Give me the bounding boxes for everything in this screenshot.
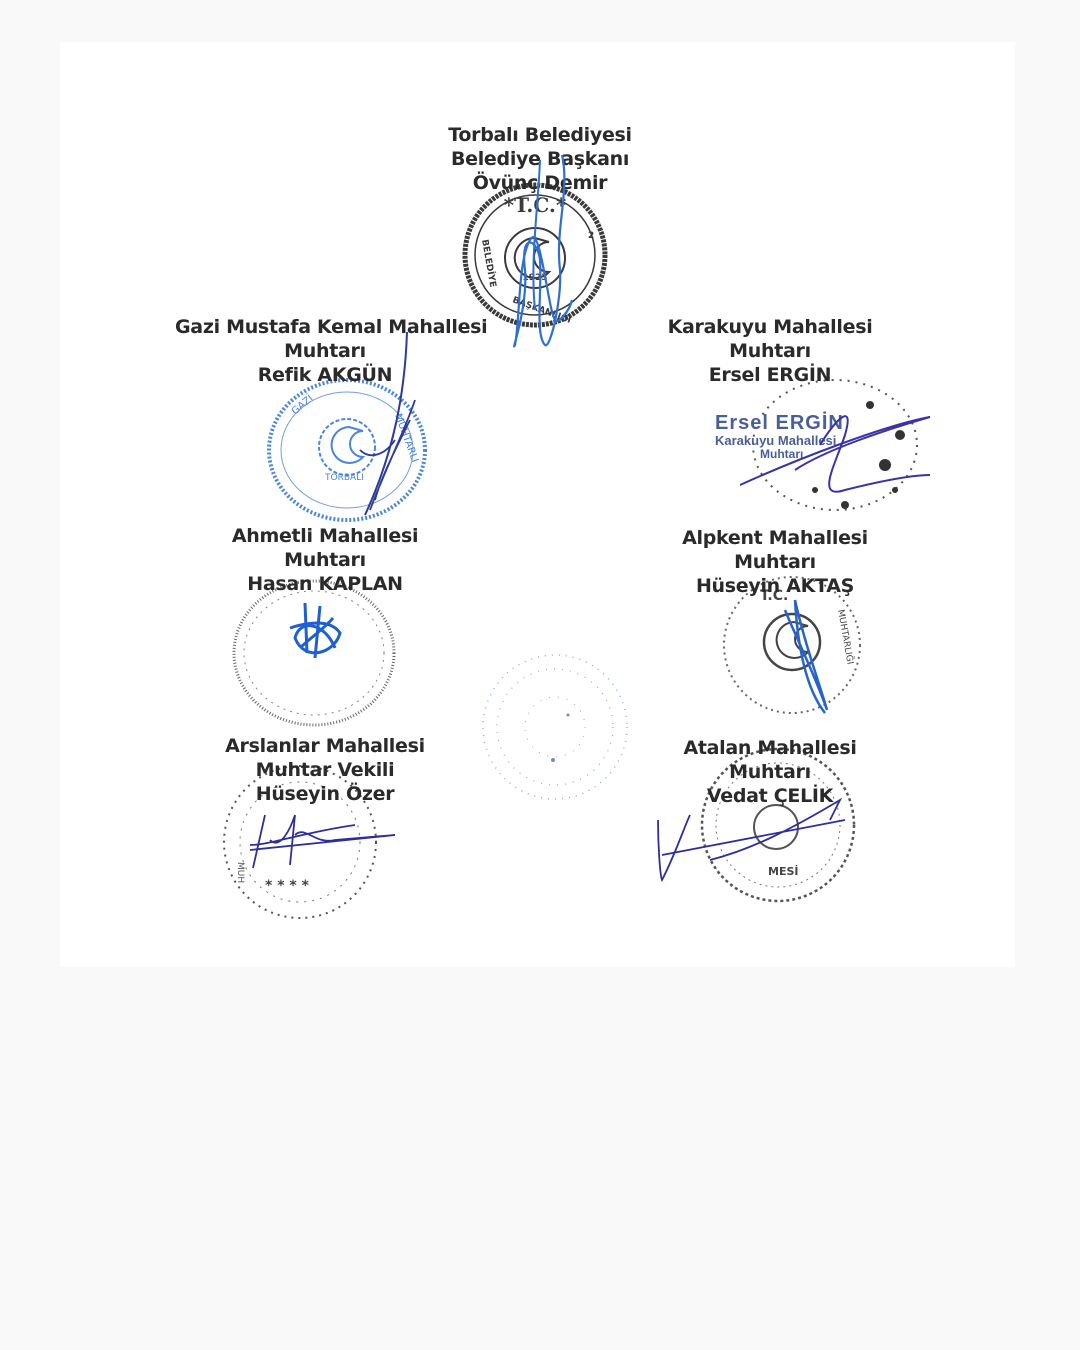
signature-karakuyu	[735, 405, 935, 495]
title: Muhtarı	[660, 339, 880, 363]
signatory-gazi-mustafa-kemal: Gazi Mustafa Kemal Mahallesi Muhtarı Ref…	[175, 315, 475, 387]
institution-name: Gazi Mustafa Kemal Mahallesi	[175, 315, 475, 339]
svg-text:* * * *: * * * *	[265, 878, 310, 894]
title: Muhtarı	[670, 550, 880, 574]
svg-text:GAZİ: GAZİ	[289, 392, 316, 418]
title: Muhtarı	[175, 339, 475, 363]
signature-gazi-mustafa-kemal	[355, 330, 425, 520]
signature-torbali	[500, 150, 580, 360]
person-name: Hüseyin Özer	[220, 782, 430, 806]
signatory-karakuyu: Karakuyu Mahallesi Muhtarı Ersel ERGİN	[660, 315, 880, 387]
title: Muhtarı	[220, 548, 430, 572]
institution-name: Atalan Mahallesi	[665, 736, 875, 760]
institution-name: Alpkent Mahallesi	[670, 526, 880, 550]
signature-arslanlar	[245, 810, 400, 870]
institution-name: Torbalı Belediyesi	[440, 123, 640, 147]
institution-name: Karakuyu Mahallesi	[660, 315, 880, 339]
institution-name: Arslanlar Mahallesi	[220, 734, 430, 758]
svg-text:2: 2	[588, 231, 594, 241]
signatory-arslanlar: Arslanlar Mahallesi Muhtar Vekili Hüseyi…	[220, 734, 430, 806]
title: Muhtarı	[665, 760, 875, 784]
signature-alpkent	[775, 595, 835, 720]
person-name: Ersel ERGİN	[660, 363, 880, 387]
svg-text:MUH: MUH	[235, 862, 245, 883]
faint-stamp	[478, 650, 633, 805]
person-name: Hasan KAPLAN	[220, 572, 430, 596]
title: Muhtar Vekili	[220, 758, 430, 782]
svg-text:BELEDİYE: BELEDİYE	[479, 239, 498, 289]
signature-atalan	[650, 795, 855, 885]
person-name: Refik AKGÜN	[175, 363, 475, 387]
institution-name: Ahmetli Mahallesi	[220, 524, 430, 548]
signatory-ahmetli: Ahmetli Mahallesi Muhtarı Hasan KAPLAN	[220, 524, 430, 596]
signatory-alpkent: Alpkent Mahallesi Muhtarı Hüseyin AKTAŞ	[670, 526, 880, 598]
signature-ahmetli	[285, 598, 345, 668]
